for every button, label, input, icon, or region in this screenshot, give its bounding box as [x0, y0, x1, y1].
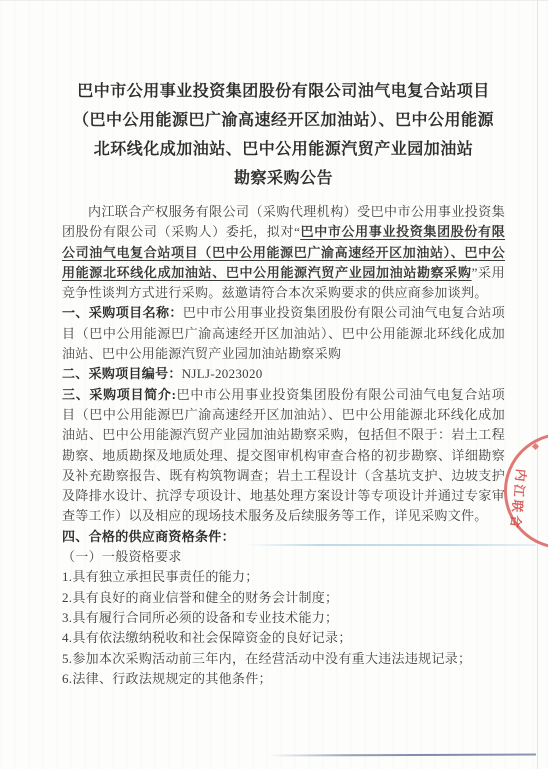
document-content: 巴中市公用事业投资集团股份有限公司油气电复合站项目 （巴中公用能源巴广渝高速经开… — [62, 77, 505, 689]
section-project-number: 二、采购项目编号：NJLJ-2023020 — [62, 364, 505, 384]
title-line-1: 巴中市公用事业投资集团股份有限公司油气电复合站项目 — [62, 77, 505, 106]
requirement-item-6: 6.法律、行政法规规定的其他条件； — [62, 669, 505, 689]
scan-artifact-dark-line — [268, 754, 536, 757]
requirement-item-2: 2.具有良好的商业信誉和健全的财务会计制度； — [62, 588, 505, 608]
company-seal-stamp: 内江联合 ··· — [504, 433, 548, 549]
project-number-value: NJLJ-2023020 — [182, 366, 263, 381]
section-project-intro: 三、采购项目简介:巴中市公用事业投资集团股份有限公司油气电复合站项目（巴中公用能… — [62, 385, 505, 527]
requirement-item-3: 3.具有履行合同所必须的设备和专业技术能力； — [62, 608, 505, 628]
section-label: 一、采购项目名称： — [62, 305, 183, 320]
scan-artifact-light-line — [246, 544, 536, 546]
section-label: 三、采购项目简介: — [62, 387, 176, 402]
requirement-item-5: 5.参加本次采购活动前三年内，在经营活动中没有重大违法违规记录； — [62, 649, 505, 669]
title-line-3: 北环线化成加油站、巴中公用能源汽贸产业园加油站 — [62, 135, 505, 164]
seal-dots: ··· — [513, 518, 524, 530]
section-project-name: 一、采购项目名称：巴中市公用事业投资集团股份有限公司油气电复合站项目（巴中公用能… — [62, 303, 505, 364]
seal-diamond-mark — [532, 443, 539, 450]
subsection-general-requirements-heading: （一）一般资格要求 — [62, 547, 505, 567]
announcement-title: 巴中市公用事业投资集团股份有限公司油气电复合站项目 （巴中公用能源巴广渝高速经开… — [62, 77, 505, 193]
title-line-4: 勘察采购公告 — [62, 164, 505, 193]
scanned-document-page: 巴中市公用事业投资集团股份有限公司油气电复合站项目 （巴中公用能源巴广渝高速经开… — [0, 0, 548, 769]
intro-paragraph: 内江联合产权服务有限公司（采购代理机构）受巴中市公用事业投资集团股份有限公司（采… — [62, 202, 505, 303]
requirement-item-4: 4.具有依法缴纳税收和社会保障资金的良好记录； — [62, 628, 505, 648]
requirement-item-1: 1.具有独立承担民事责任的能力； — [62, 567, 505, 587]
section-label: 四、合格的供应商资格条件： — [62, 529, 235, 544]
document-body: 内江联合产权服务有限公司（采购代理机构）受巴中市公用事业投资集团股份有限公司（采… — [62, 202, 505, 689]
page-edge-line — [537, 1, 538, 769]
section-label: 二、采购项目编号： — [62, 366, 182, 381]
title-line-2: （巴中公用能源巴广渝高速经开区加油站）、巴中公用能源 — [62, 106, 505, 135]
section-text: 巴中市公用事业投资集团股份有限公司油气电复合站项目（巴中公用能源巴广渝高速经开区… — [62, 387, 505, 524]
